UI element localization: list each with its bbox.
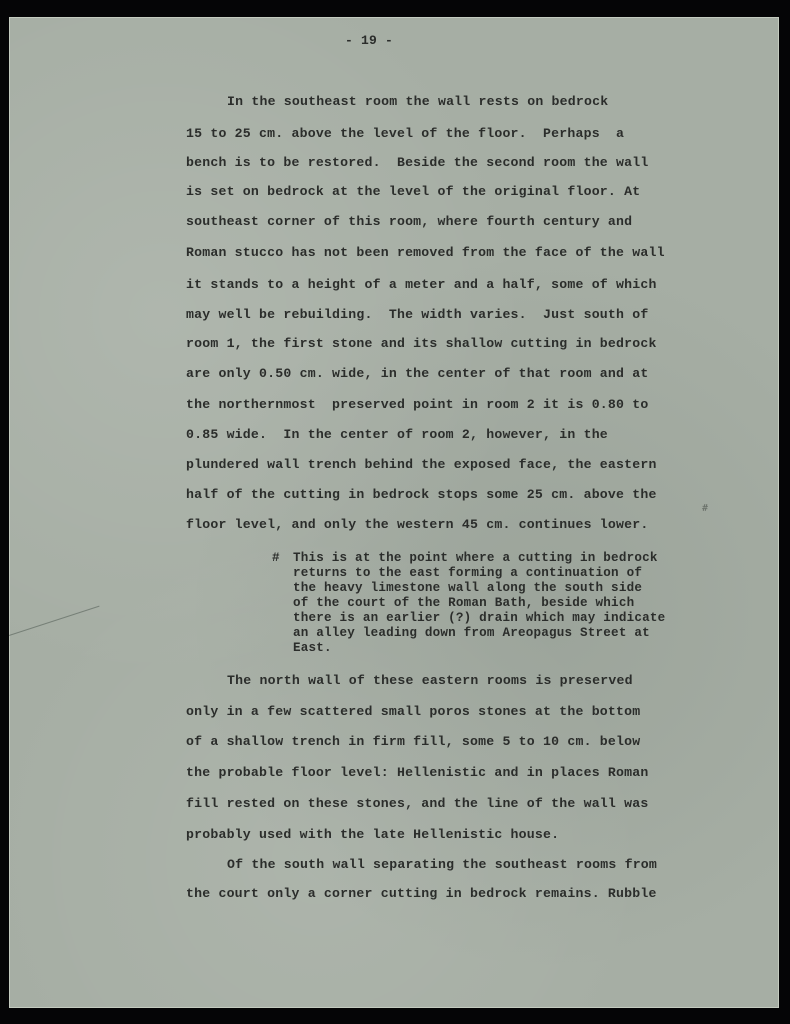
paragraph-1-line: the northernmost preserved point in room… <box>186 397 649 412</box>
footnote-line: an alley leading down from Areopagus Str… <box>293 626 650 641</box>
paragraph-1-line: it stands to a height of a meter and a h… <box>186 277 657 292</box>
document-page: - 19 - In the southeast room the wall re… <box>9 17 779 1008</box>
paragraph-1-line: In the southeast room the wall rests on … <box>227 94 608 109</box>
paragraph-1-line: bench is to be restored. Beside the seco… <box>186 155 649 170</box>
footnote-line: returns to the east forming a continuati… <box>293 566 642 581</box>
paragraph-2-line: of a shallow trench in firm fill, some 5… <box>186 734 640 749</box>
footnote-line: This is at the point where a cutting in … <box>293 551 658 566</box>
paper-crease <box>9 606 100 636</box>
paragraph-2-line: probably used with the late Hellenistic … <box>186 827 559 842</box>
paragraph-1-line: southeast corner of this room, where fou… <box>186 214 632 229</box>
footnote-line: East. <box>293 641 332 656</box>
paragraph-3-line: Of the south wall separating the southea… <box>227 857 657 872</box>
paragraph-1-line: half of the cutting in bedrock stops som… <box>186 487 657 502</box>
page-number: - 19 - <box>345 33 393 48</box>
paragraph-2-line: only in a few scattered small poros ston… <box>186 704 640 719</box>
paragraph-2-line: fill rested on these stones, and the lin… <box>186 796 649 811</box>
footnote-line: there is an earlier (?) drain which may … <box>293 611 665 626</box>
paragraph-1-line: Roman stucco has not been removed from t… <box>186 245 665 260</box>
paragraph-3-line: the court only a corner cutting in bedro… <box>186 886 657 901</box>
footnote-line: the heavy limestone wall along the south… <box>293 581 642 596</box>
paragraph-1-line: 15 to 25 cm. above the level of the floo… <box>186 126 624 141</box>
paragraph-2-line: the probable floor level: Hellenistic an… <box>186 765 649 780</box>
paragraph-1-line: plundered wall trench behind the exposed… <box>186 457 657 472</box>
paragraph-1-line: 0.85 wide. In the center of room 2, howe… <box>186 427 608 442</box>
footnote-marker: # <box>272 551 280 565</box>
paragraph-1-line: floor level, and only the western 45 cm.… <box>186 517 649 532</box>
paragraph-1-line: are only 0.50 cm. wide, in the center of… <box>186 366 649 381</box>
footnote-reference-mark: # <box>702 503 708 514</box>
paragraph-1-line: room 1, the first stone and its shallow … <box>186 336 657 351</box>
paragraph-1-line: may well be rebuilding. The width varies… <box>186 307 649 322</box>
paragraph-1-line: is set on bedrock at the level of the or… <box>186 184 640 199</box>
paragraph-2-line: The north wall of these eastern rooms is… <box>227 673 633 688</box>
footnote-line: of the court of the Roman Bath, beside w… <box>293 596 634 611</box>
